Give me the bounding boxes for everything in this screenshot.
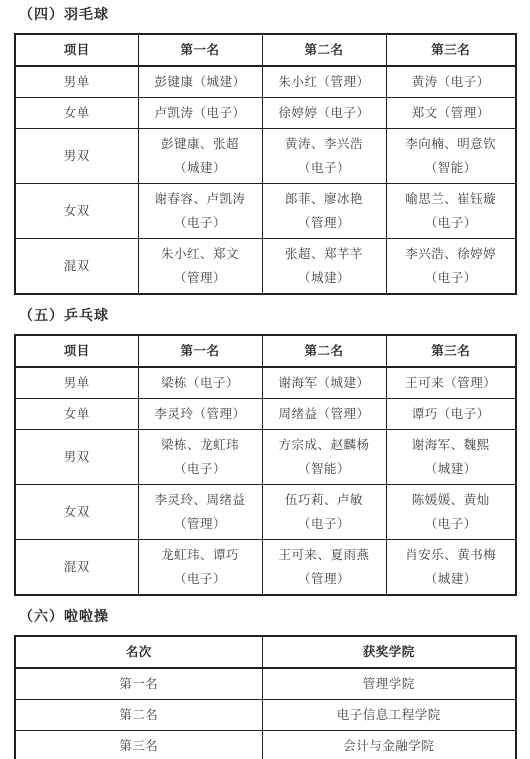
column-header: 第三名 [386,34,516,66]
result-cell: 黄涛（电子） [386,66,516,98]
result-line: （智能） [265,457,384,481]
header-row: 项目第一名第二名第三名 [15,34,516,66]
column-header: 项目 [15,34,138,66]
document-page: （四）羽毛球 项目第一名第二名第三名男单彭键康（城建）朱小红（管理）黄涛（电子）… [0,0,530,759]
row-label-cell: 第三名 [15,731,262,759]
result-line: 管理学院 [265,672,514,696]
result-line: （电子） [265,512,384,536]
result-cell: 李兴浩、徐婷婷（电子） [386,239,516,295]
result-line: 朱小红（管理） [265,70,384,94]
result-cell: 谢春容、卢凯涛（电子） [138,184,262,239]
column-header: 第三名 [386,335,516,367]
result-cell: 张超、郑芊芊（城建） [262,239,386,295]
result-line: （智能） [389,156,514,180]
result-line: （电子） [265,156,384,180]
result-line: 王可来、夏雨燕 [265,543,384,567]
result-line: 张超、郑芊芊 [265,242,384,266]
row-label-cell: 男双 [15,129,138,184]
result-line: 李灵玲、周绪益 [141,488,260,512]
result-line: （管理） [141,512,260,536]
result-cell: 李灵玲、周绪益（管理） [138,485,262,540]
result-cell: 伍巧莉、卢敏（电子） [262,485,386,540]
result-cell: 龙虹玮、谭巧（电子） [138,540,262,596]
result-line: 朱小红、郑文 [141,242,260,266]
section-table-tennis: （五）乒乓球 项目第一名第二名第三名男单梁栋（电子）谢海军（城建）王可来（管理）… [14,308,516,596]
result-line: （城建） [389,457,514,481]
result-line: 黄涛、李兴浩 [265,132,384,156]
result-cell: 郑文（管理） [386,98,516,129]
result-line: （管理） [265,567,384,591]
result-cell: 卢凯涛（电子） [138,98,262,129]
result-line: 谢海军（城建） [265,371,384,395]
table-row: 男双彭键康、张超（城建）黄涛、李兴浩（电子）李向楠、明意钦（智能） [15,129,516,184]
table-row: 混双龙虹玮、谭巧（电子）王可来、夏雨燕（管理）肖安乐、黄书梅（城建） [15,540,516,596]
result-line: 谭巧（电子） [389,402,514,426]
result-cell: 梁栋（电子） [138,367,262,399]
row-label-cell: 男双 [15,430,138,485]
table-tennis-results-table: 项目第一名第二名第三名男单梁栋（电子）谢海军（城建）王可来（管理）女单李灵玲（管… [14,334,517,596]
section-heading-badminton: （四）羽毛球 [19,7,516,24]
result-line: 梁栋、龙虹玮 [141,433,260,457]
result-cell: 谢海军（城建） [262,367,386,399]
row-label-cell: 女双 [15,485,138,540]
result-line: 方宗成、赵麟杨 [265,433,384,457]
table-row: 混双朱小红、郑文（管理）张超、郑芊芊（城建）李兴浩、徐婷婷（电子） [15,239,516,295]
result-cell: 王可来、夏雨燕（管理） [262,540,386,596]
result-line: 陈媛媛、黄灿 [389,488,514,512]
column-header: 获奖学院 [262,636,516,668]
result-line: （电子） [389,512,514,536]
table-row: 女单卢凯涛（电子）徐婷婷（电子）郑文（管理） [15,98,516,129]
result-line: 喻思兰、崔钰璇 [389,187,514,211]
table-row: 女单李灵玲（管理）周绪益（管理）谭巧（电子） [15,399,516,430]
result-cell: 王可来（管理） [386,367,516,399]
table-row: 女双谢春容、卢凯涛（电子）郎菲、廖冰艳（管理）喻思兰、崔钰璇（电子） [15,184,516,239]
row-label-cell: 女单 [15,399,138,430]
result-cell: 郎菲、廖冰艳（管理） [262,184,386,239]
result-line: 李灵玲（管理） [141,402,260,426]
row-label-cell: 女单 [15,98,138,129]
row-label-cell: 混双 [15,540,138,596]
result-cell: 肖安乐、黄书梅（城建） [386,540,516,596]
result-cell: 李灵玲（管理） [138,399,262,430]
result-line: 黄涛（电子） [389,70,514,94]
badminton-results-table: 项目第一名第二名第三名男单彭键康（城建）朱小红（管理）黄涛（电子）女单卢凯涛（电… [14,33,517,295]
result-line: 李兴浩、徐婷婷 [389,242,514,266]
result-line: （管理） [141,266,260,290]
result-cell: 喻思兰、崔钰璇（电子） [386,184,516,239]
result-line: （电子） [141,567,260,591]
result-cell: 陈媛媛、黄灿（电子） [386,485,516,540]
result-line: 卢凯涛（电子） [141,101,260,125]
table-row: 第三名会计与金融学院 [15,731,516,759]
result-cell: 会计与金融学院 [262,731,516,759]
row-label-cell: 男单 [15,367,138,399]
result-cell: 徐婷婷（电子） [262,98,386,129]
result-cell: 梁栋、龙虹玮（电子） [138,430,262,485]
result-cell: 朱小红（管理） [262,66,386,98]
result-line: 会计与金融学院 [265,734,514,758]
table-row: 第二名电子信息工程学院 [15,700,516,731]
section-heading-table-tennis: （五）乒乓球 [19,308,516,325]
result-line: 彭键康（城建） [141,70,260,94]
result-line: （城建） [389,567,514,591]
result-cell: 黄涛、李兴浩（电子） [262,129,386,184]
row-label-cell: 女双 [15,184,138,239]
row-label-cell: 男单 [15,66,138,98]
result-line: 郑文（管理） [389,101,514,125]
result-line: 梁栋（电子） [141,371,260,395]
result-line: （管理） [265,211,384,235]
result-line: （电子） [141,457,260,481]
result-line: 周绪益（管理） [265,402,384,426]
result-cell: 管理学院 [262,668,516,700]
row-label-cell: 第一名 [15,668,262,700]
result-line: 郎菲、廖冰艳 [265,187,384,211]
header-row: 名次获奖学院 [15,636,516,668]
result-line: 龙虹玮、谭巧 [141,543,260,567]
result-line: 谢春容、卢凯涛 [141,187,260,211]
result-cell: 周绪益（管理） [262,399,386,430]
result-line: （电子） [141,211,260,235]
cheerleading-results-table: 名次获奖学院第一名管理学院第二名电子信息工程学院第三名会计与金融学院 [14,635,517,759]
table-row: 女双李灵玲、周绪益（管理）伍巧莉、卢敏（电子）陈媛媛、黄灿（电子） [15,485,516,540]
result-cell: 电子信息工程学院 [262,700,516,731]
table-row: 男单彭键康（城建）朱小红（管理）黄涛（电子） [15,66,516,98]
table-row: 男单梁栋（电子）谢海军（城建）王可来（管理） [15,367,516,399]
section-cheerleading: （六）啦啦操 名次获奖学院第一名管理学院第二名电子信息工程学院第三名会计与金融学… [14,609,516,759]
result-line: （城建） [141,156,260,180]
result-line: 王可来（管理） [389,371,514,395]
column-header: 第二名 [262,34,386,66]
result-cell: 谭巧（电子） [386,399,516,430]
result-line: （城建） [265,266,384,290]
result-line: 李向楠、明意钦 [389,132,514,156]
result-line: （电子） [389,211,514,235]
column-header: 名次 [15,636,262,668]
column-header: 第二名 [262,335,386,367]
result-cell: 谢海军、魏熙（城建） [386,430,516,485]
result-cell: 彭键康（城建） [138,66,262,98]
row-label-cell: 混双 [15,239,138,295]
header-row: 项目第一名第二名第三名 [15,335,516,367]
column-header: 项目 [15,335,138,367]
column-header: 第一名 [138,34,262,66]
result-line: 伍巧莉、卢敏 [265,488,384,512]
result-line: 电子信息工程学院 [265,703,514,727]
result-line: 彭键康、张超 [141,132,260,156]
result-line: 徐婷婷（电子） [265,101,384,125]
table-row: 男双梁栋、龙虹玮（电子）方宗成、赵麟杨（智能）谢海军、魏熙（城建） [15,430,516,485]
result-line: （电子） [389,266,514,290]
result-cell: 朱小红、郑文（管理） [138,239,262,295]
result-cell: 方宗成、赵麟杨（智能） [262,430,386,485]
result-line: 肖安乐、黄书梅 [389,543,514,567]
row-label-cell: 第二名 [15,700,262,731]
result-line: 谢海军、魏熙 [389,433,514,457]
section-badminton: （四）羽毛球 项目第一名第二名第三名男单彭键康（城建）朱小红（管理）黄涛（电子）… [14,7,516,295]
table-row: 第一名管理学院 [15,668,516,700]
column-header: 第一名 [138,335,262,367]
section-heading-cheerleading: （六）啦啦操 [19,609,516,626]
result-cell: 李向楠、明意钦（智能） [386,129,516,184]
result-cell: 彭键康、张超（城建） [138,129,262,184]
